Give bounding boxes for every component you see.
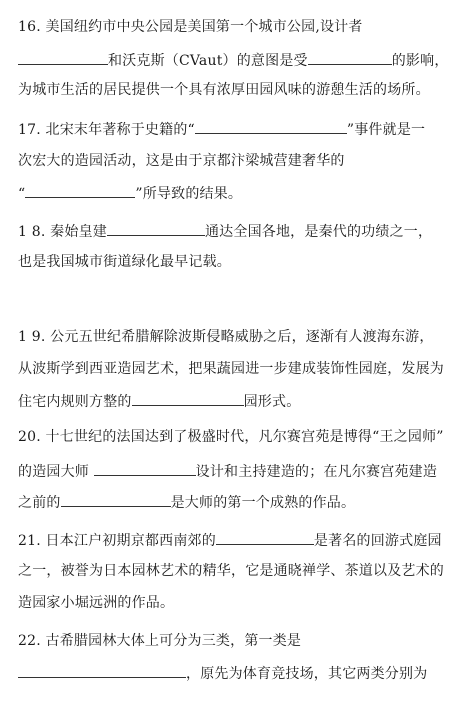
- question-text: 和沃克斯（CVaut）的意图是受: [108, 53, 308, 69]
- fill-in-blank[interactable]: [18, 663, 186, 678]
- question-line: 也是我国城市街道绿化最早记载。: [18, 253, 231, 271]
- question-text: “: [18, 186, 25, 202]
- question-text: ，原先为体育竞技场，其它两类分别为: [186, 666, 427, 682]
- fill-in-blank[interactable]: [25, 183, 135, 198]
- question-text: 16. 美国纽约市中央公园是美国第一个城市公园,设计者: [18, 19, 363, 35]
- question-text: 次宏大的造园活动，这是由于京都汴梁城营建奢华的: [18, 153, 345, 169]
- question-text: 17. 北宋末年著称于史籍的“: [18, 122, 195, 138]
- question-line: 住宅内规则方整的园形式。: [18, 391, 300, 411]
- question-text: 是大师的第一个成熟的作品。: [171, 495, 356, 511]
- question-text: 的影响，: [392, 53, 449, 69]
- fill-in-blank[interactable]: [94, 461, 196, 476]
- question-line: 22. 古希腊园林大体上可分为三类，第一类是: [18, 632, 301, 650]
- question-text: ”所导致的结果。: [135, 186, 242, 202]
- question-text: 造园家小堀远洲的作品。: [18, 595, 174, 611]
- question-line: 1 8. 秦始皇建通达全国各地，是秦代的功绩之一，: [18, 221, 432, 241]
- fill-in-blank[interactable]: [216, 530, 314, 545]
- fill-in-blank[interactable]: [18, 50, 108, 65]
- question-text: 通达全国各地，是秦代的功绩之一，: [205, 224, 432, 240]
- question-line: 和沃克斯（CVaut）的意图是受的影响，: [18, 50, 449, 70]
- question-text: 也是我国城市街道绿化最早记载。: [18, 254, 231, 270]
- question-text: 住宅内规则方整的: [18, 394, 132, 410]
- question-line: 1 9. 公元五世纪希腊解除波斯侵略威胁之后，逐渐有人渡海东游，: [18, 328, 434, 346]
- question-text: 园形式。: [244, 394, 301, 410]
- question-line: 之一，被誉为日本园林艺术的精华，它是通晓禅学、茶道以及艺术的: [18, 562, 444, 580]
- question-line: 17. 北宋末年著称于史籍的“”事件就是一: [18, 119, 425, 139]
- question-line: ，原先为体育竞技场，其它两类分别为: [18, 663, 427, 683]
- question-line: 21. 日本江户初期京都西南郊的是著名的回游式庭园: [18, 530, 442, 550]
- question-text: 的造园大师: [18, 464, 94, 480]
- question-line: 的造园大师 设计和主持建造的；在凡尔赛宫苑建造: [18, 461, 437, 481]
- question-line: 次宏大的造园活动，这是由于京都汴梁城营建奢华的: [18, 152, 345, 170]
- question-text: 为城市生活的居民提供一个具有浓厚田园风味的游憩生活的场所。: [18, 82, 430, 98]
- question-line: 20. 十七世纪的法国达到了极盛时代，凡尔赛宫苑是博得“王之园师”: [18, 428, 444, 446]
- question-text: 之前的: [18, 495, 61, 511]
- fill-in-blank[interactable]: [195, 119, 347, 134]
- fill-in-blank[interactable]: [61, 492, 171, 507]
- question-text: 之一，被誉为日本园林艺术的精华，它是通晓禅学、茶道以及艺术的: [18, 563, 444, 579]
- question-line: “”所导致的结果。: [18, 183, 242, 203]
- question-text: 1 8. 秦始皇建: [18, 224, 107, 240]
- question-text: 是著名的回游式庭园: [314, 533, 442, 549]
- question-text: 从波斯学到西亚造园艺术，把果蔬园进一步建成装饰性园庭，发展为: [18, 361, 444, 377]
- fill-in-blank[interactable]: [107, 221, 205, 236]
- question-text: 22. 古希腊园林大体上可分为三类，第一类是: [18, 633, 301, 649]
- question-text: 21. 日本江户初期京都西南郊的: [18, 533, 216, 549]
- question-line: 造园家小堀远洲的作品。: [18, 594, 174, 612]
- question-line: 16. 美国纽约市中央公园是美国第一个城市公园,设计者: [18, 18, 363, 36]
- question-line: 从波斯学到西亚造园艺术，把果蔬园进一步建成装饰性园庭，发展为: [18, 360, 444, 378]
- fill-in-blank[interactable]: [132, 391, 244, 406]
- question-text: 设计和主持建造的；在凡尔赛宫苑建造: [196, 464, 437, 480]
- fill-in-blank[interactable]: [308, 50, 392, 65]
- question-text: ”事件就是一: [347, 122, 425, 138]
- question-line: 为城市生活的居民提供一个具有浓厚田园风味的游憩生活的场所。: [18, 81, 430, 99]
- question-text: 1 9. 公元五世纪希腊解除波斯侵略威胁之后，逐渐有人渡海东游，: [18, 329, 434, 345]
- question-line: 之前的是大师的第一个成熟的作品。: [18, 492, 355, 512]
- question-text: 20. 十七世纪的法国达到了极盛时代，凡尔赛宫苑是博得“王之园师”: [18, 429, 444, 445]
